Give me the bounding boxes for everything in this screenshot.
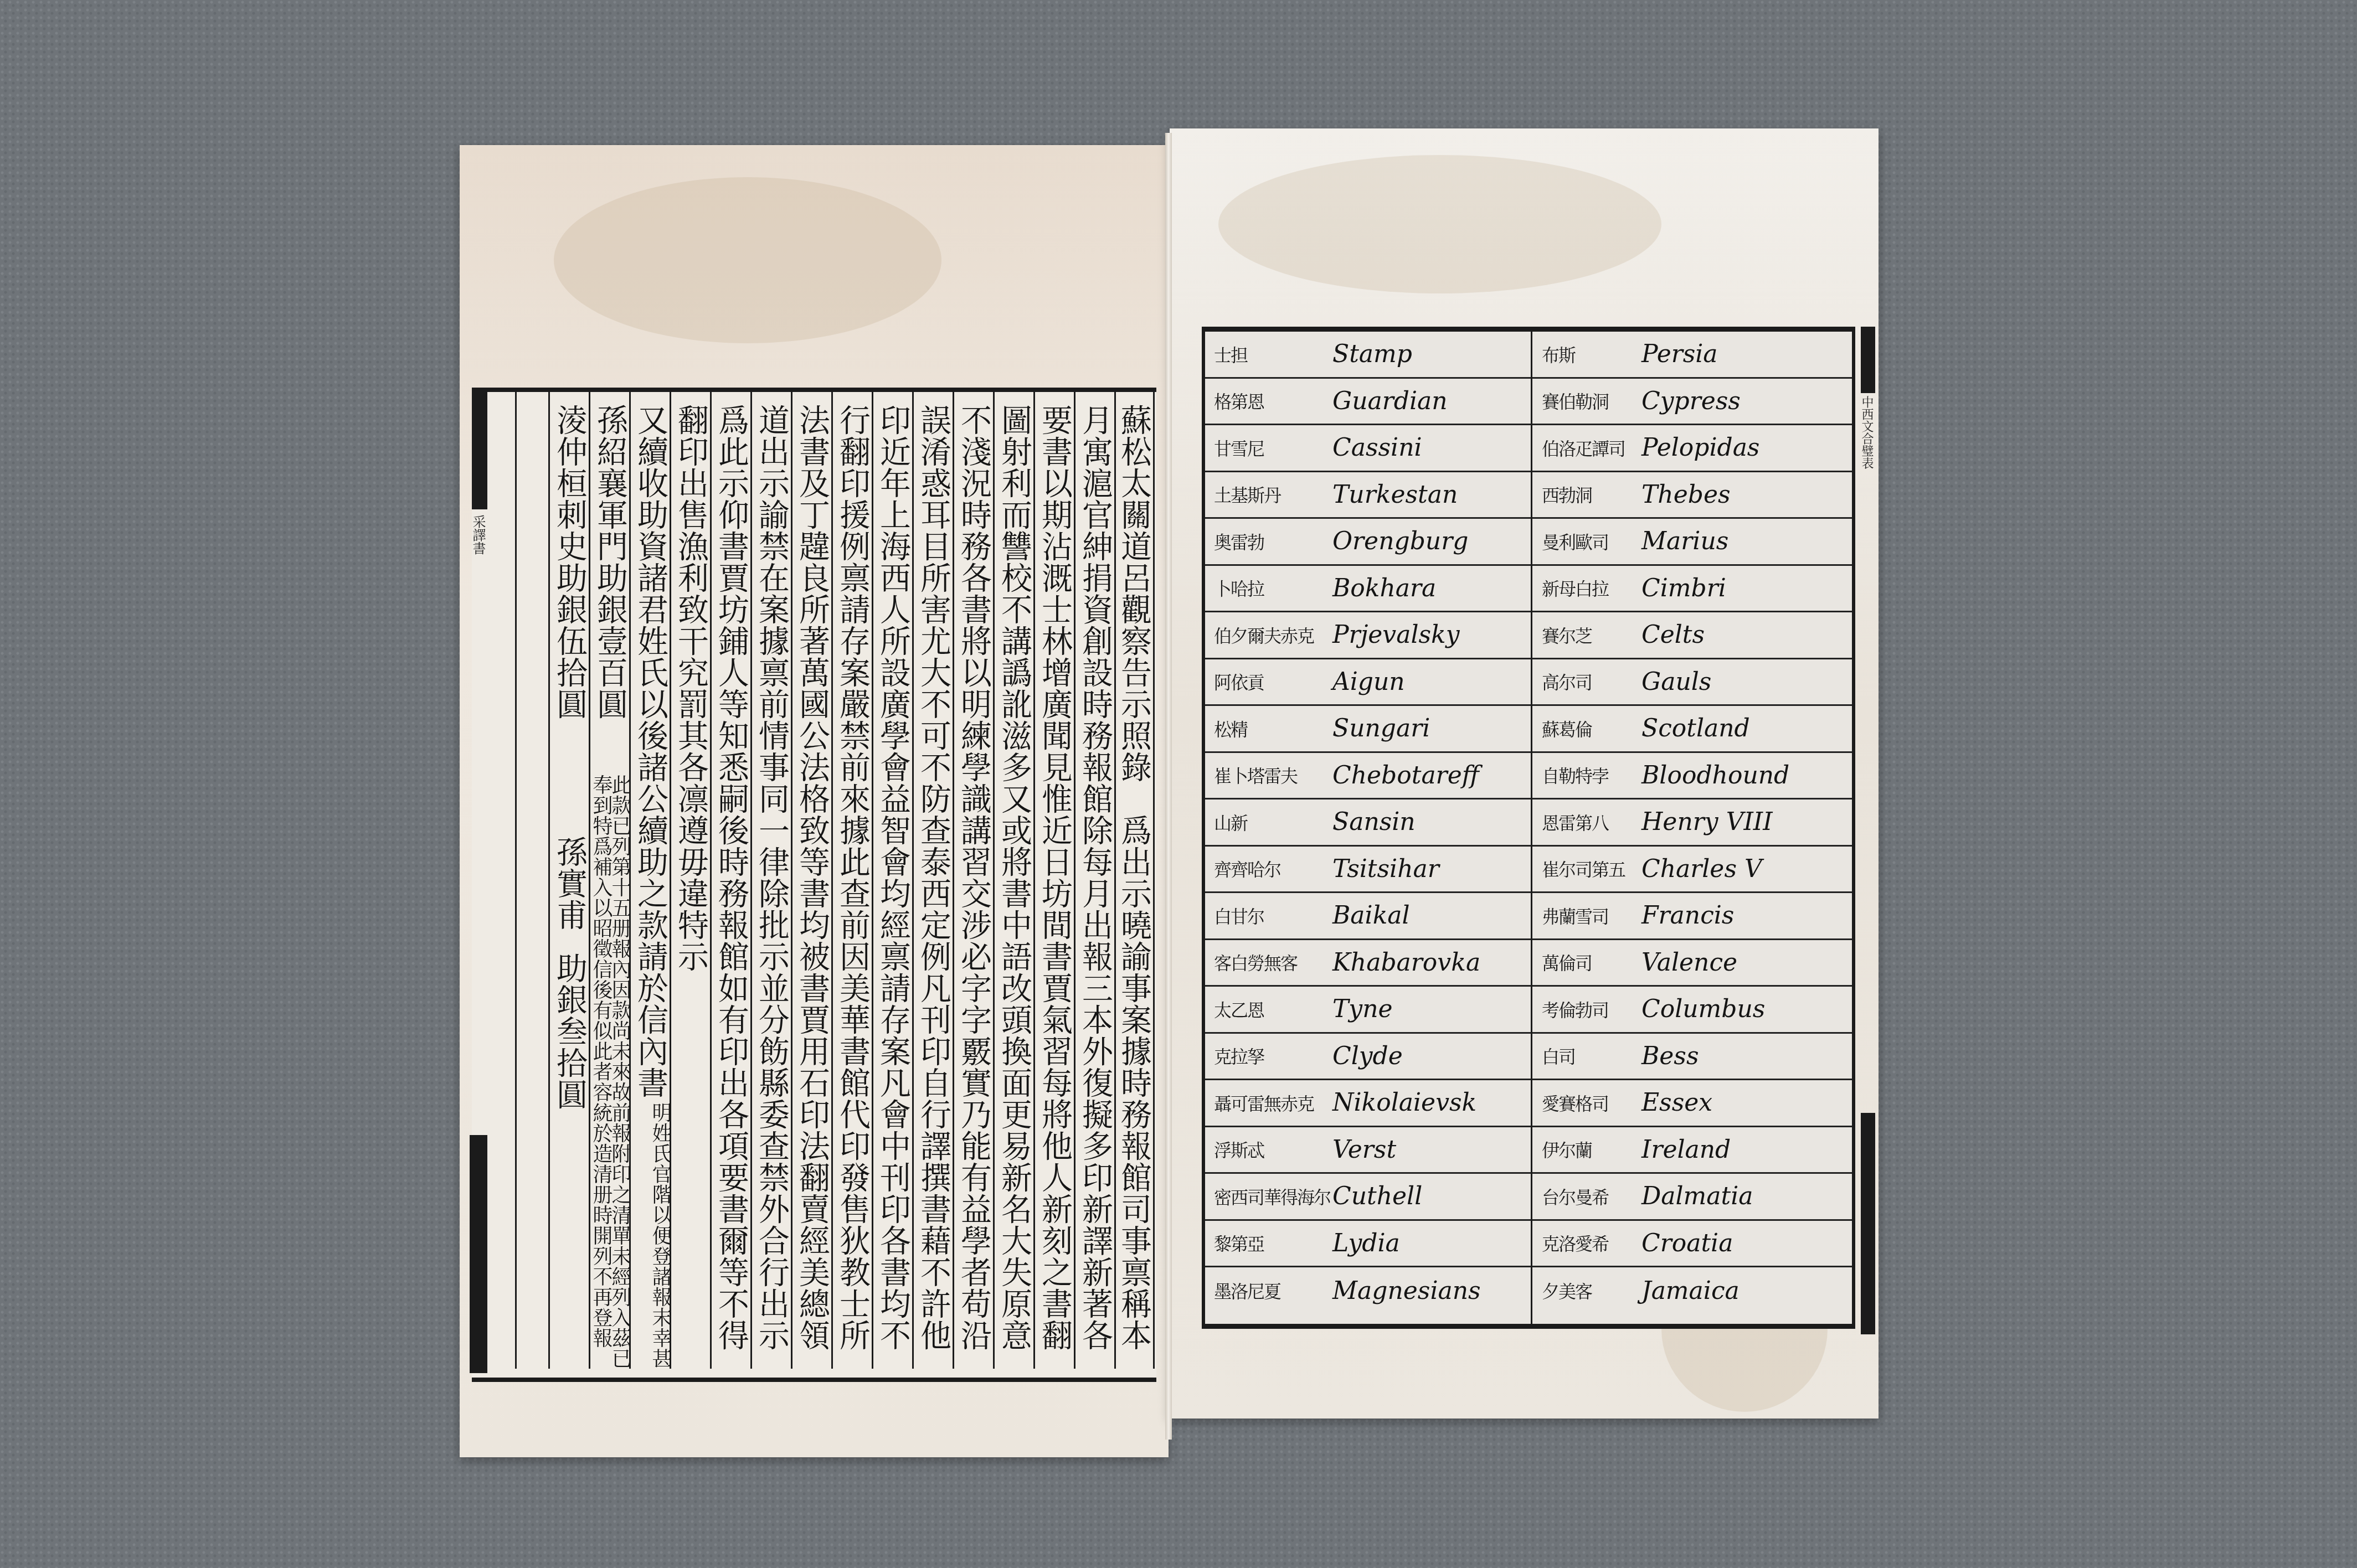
english-term: Stamp — [1332, 332, 1531, 377]
english-term: Sansin — [1332, 800, 1531, 845]
english-term: Jamaica — [1641, 1267, 1852, 1314]
english-term: Turkestan — [1332, 472, 1531, 518]
donation-entry-amount: 助銀叁拾圓 — [550, 947, 589, 1174]
notice-column: 翻印出售漁利致干究罰其各凛遵毋違特示 — [670, 392, 710, 1369]
chinese-term: 士担 — [1205, 332, 1332, 377]
english-term: Prjevalsky — [1332, 612, 1531, 658]
glossary-table: 士担Stamp布斯Persia格第恩Guardian賽伯勒洞Cypress甘雪尼… — [1202, 327, 1855, 1329]
english-term: Bokhara — [1332, 566, 1531, 611]
chinese-term: 奥雷勃 — [1205, 519, 1332, 564]
notice-column: 不淺況時務各書將以明練學識講習交涉必字字覈實乃能有益學者苟沿訛襲 — [953, 392, 993, 1369]
chinese-term: 曼利歐司 — [1531, 519, 1641, 564]
notice-column: 誤淆惑耳目所害尤大不可不防查泰西定例凡刊印自行譯撰書藉不許他人翻 — [912, 392, 953, 1369]
glossary-row: 墨洛尼夏Magnesians夕美客Jamaica — [1205, 1267, 1852, 1314]
chinese-term: 夕美客 — [1531, 1267, 1641, 1314]
chinese-term: 蘇葛倫 — [1531, 706, 1641, 751]
glossary-row: 格第恩Guardian賽伯勒洞Cypress — [1205, 379, 1852, 426]
glossary-row: 太乙恩Tyne考倫勃司Columbus — [1205, 987, 1852, 1034]
english-term: Nikolaievsk — [1332, 1080, 1531, 1126]
english-term: Bloodhound — [1641, 753, 1852, 798]
chinese-term: 黎第亞 — [1205, 1221, 1332, 1266]
chinese-term: 弗蘭雪司 — [1531, 893, 1641, 938]
margin-title: 采譯書 — [474, 515, 488, 555]
donation-entry: 孫紹襄軍門助銀壹百圓 — [590, 392, 629, 775]
english-term: Columbus — [1641, 987, 1852, 1032]
glossary-row: 浮斯忒Verst伊尔蘭Ireland — [1205, 1127, 1852, 1174]
chinese-term: 浮斯忒 — [1205, 1127, 1332, 1173]
english-term: Charles V — [1641, 847, 1852, 892]
notice-column: 印近年上海西人所設廣學會益智會均經禀請存案凡會中刊印各書均不得率 — [872, 392, 912, 1369]
glossary-row: 山新Sansin恩雷第八Henry VIII — [1205, 800, 1852, 847]
english-term: Bess — [1641, 1034, 1852, 1079]
chinese-term: 賽尔芝 — [1531, 612, 1641, 658]
blank-column — [515, 392, 548, 1369]
chinese-term: 松精 — [1205, 706, 1332, 751]
english-term: Tyne — [1332, 987, 1531, 1032]
fishtail-margin-mark — [1861, 1113, 1875, 1334]
donation-entry-name: 孫實甫 — [550, 825, 589, 947]
chinese-term: 高尔司 — [1531, 659, 1641, 705]
english-term: Orengburg — [1332, 519, 1531, 564]
chinese-term: 太乙恩 — [1205, 987, 1332, 1032]
glossary-row: 齊齊哈尔Tsitsihar崔尔司第五Charles V — [1205, 847, 1852, 894]
notice-column: 蘇松太關道呂觀察告示照錄 爲出示曉諭事案據時務報館司事禀稱本年六 — [1114, 392, 1155, 1369]
chinese-term: 愛賽格司 — [1531, 1080, 1641, 1126]
glossary-row: 克拉孥Clyde白司Bess — [1205, 1034, 1852, 1081]
english-term: Cimbri — [1641, 566, 1852, 611]
chinese-term: 土基斯丹 — [1205, 472, 1332, 518]
chinese-term: 甘雪尼 — [1205, 425, 1332, 471]
donation-note: 此款已列第十五册報內因款尚未來故前報附印之清單未經列入茲已 — [610, 775, 629, 1369]
notice-column: 爲此示仰書賈坊鋪人等知悉嗣後時務報館如有印出各項要書爾等不得擅行 — [710, 392, 750, 1369]
english-term: Scotland — [1641, 706, 1852, 751]
donation-note: 奉到特爲補入以昭徵信後有似此者容統於造清册時開列不再登報 — [591, 775, 610, 1369]
english-term: Gauls — [1641, 659, 1852, 705]
english-term: Chebotareff — [1332, 753, 1531, 798]
chinese-term: 萬倫司 — [1531, 940, 1641, 986]
english-term: Khabarovka — [1332, 940, 1531, 986]
donation-column: 淩仲桓刺史助銀伍拾圓 孫實甫 助銀叁拾圓 — [548, 392, 589, 1369]
chinese-term: 白甘尔 — [1205, 893, 1332, 938]
donation-heading: 又續收助資諸君姓氏以後諸公續助之款請於信內書 — [631, 392, 670, 1102]
notice-column: 法書及丁韙良所著萬國公法格致等書均被書賈用石印法翻賣經美總領事函 — [791, 392, 831, 1369]
glossary-row: 奥雷勃Orengburg曼利歐司Marius — [1205, 519, 1852, 566]
english-term: Dalmatia — [1641, 1174, 1852, 1219]
chinese-term: 崔卜塔雷夫 — [1205, 753, 1332, 798]
chinese-term: 格第恩 — [1205, 379, 1332, 424]
notice-column: 圖射利而讐校不講譌訛滋多又或將書中語改頭換面更易新名大失原意誤人 — [993, 392, 1033, 1369]
glossary-row: 卜哈拉Bokhara新母白拉Cimbri — [1205, 566, 1852, 613]
donation-column: 又續收助資諸君姓氏以後諸公續助之款請於信內書 明姓氏官階以便登諸報末幸甚 — [629, 392, 670, 1369]
english-term: Clyde — [1332, 1034, 1531, 1079]
fishtail-margin-mark — [470, 1135, 487, 1373]
english-term: Verst — [1332, 1127, 1531, 1173]
fishtail-margin-mark — [472, 388, 487, 509]
water-stain — [1218, 155, 1661, 293]
glossary-row: 士担Stamp布斯Persia — [1205, 332, 1852, 379]
chinese-term: 聶可雷無赤克 — [1205, 1080, 1332, 1126]
english-term: Croatia — [1641, 1221, 1852, 1266]
english-term: Sungari — [1332, 706, 1531, 751]
chinese-term: 山新 — [1205, 800, 1332, 845]
chinese-term: 賽伯勒洞 — [1531, 379, 1641, 424]
glossary-row: 土基斯丹Turkestan西勃洞Thebes — [1205, 472, 1852, 519]
chinese-term: 自勒特孛 — [1531, 753, 1641, 798]
chinese-term: 伊尔蘭 — [1531, 1127, 1641, 1173]
chinese-term: 布斯 — [1531, 332, 1641, 377]
chinese-term: 客白勞無客 — [1205, 940, 1332, 986]
book-spine — [1165, 133, 1172, 1440]
glossary-row: 聶可雷無赤克Nikolaievsk愛賽格司Essex — [1205, 1080, 1852, 1127]
chinese-term: 克洛愛希 — [1531, 1221, 1641, 1266]
water-stain — [554, 177, 941, 343]
english-term: Persia — [1641, 332, 1852, 377]
chinese-term: 齊齊哈尔 — [1205, 847, 1332, 892]
english-term: Valence — [1641, 940, 1852, 986]
donation-note: 明姓氏官階以便登諸報末幸甚 — [651, 1102, 670, 1369]
glossary-row: 黎第亞Lydia克洛愛希Croatia — [1205, 1221, 1852, 1268]
english-term: Lydia — [1332, 1221, 1531, 1266]
english-term: Magnesians — [1332, 1267, 1531, 1314]
english-term: Guardian — [1332, 379, 1531, 424]
english-term: Cypress — [1641, 379, 1852, 424]
glossary-row: 客白勞無客Khabarovka萬倫司Valence — [1205, 940, 1852, 987]
english-term: Essex — [1641, 1080, 1852, 1126]
donation-column: 孫紹襄軍門助銀壹百圓 此款已列第十五册報內因款尚未來故前報附印之清單未經列入茲已… — [589, 392, 629, 1369]
chinese-term: 卜哈拉 — [1205, 566, 1332, 611]
notice-columns: 蘇松太關道呂觀察告示照錄 爲出示曉諭事案據時務報館司事禀稱本年六 月寓滬官紳捐資… — [490, 392, 1155, 1369]
english-term: Thebes — [1641, 472, 1852, 518]
chinese-term: 台尔曼希 — [1531, 1174, 1641, 1219]
donation-entry: 淩仲桓刺史助銀伍拾圓 — [550, 392, 589, 825]
chinese-term: 崔尔司第五 — [1531, 847, 1641, 892]
english-term: Cassini — [1332, 425, 1531, 471]
fishtail-margin-mark — [1861, 327, 1875, 393]
chinese-term: 考倫勃司 — [1531, 987, 1641, 1032]
margin-title: 中西文合璧表 — [1862, 396, 1875, 469]
english-term: Marius — [1641, 519, 1852, 564]
chinese-term: 墨洛尼夏 — [1205, 1267, 1332, 1314]
glossary-row: 松精Sungari蘇葛倫Scotland — [1205, 706, 1852, 753]
english-term: Aigun — [1332, 659, 1531, 705]
glossary-row: 白甘尔Baikal弗蘭雪司Francis — [1205, 893, 1852, 940]
chinese-term: 白司 — [1531, 1034, 1641, 1079]
chinese-term: 西勃洞 — [1531, 472, 1641, 518]
chinese-term: 阿依貢 — [1205, 659, 1332, 705]
chinese-term: 密西司華得海尔 — [1205, 1174, 1332, 1219]
english-term: Celts — [1641, 612, 1852, 658]
glossary-row: 甘雪尼Cassini伯洛疋譚司Pelopidas — [1205, 425, 1852, 472]
glossary-row: 崔卜塔雷夫Chebotareff自勒特孛Bloodhound — [1205, 753, 1852, 800]
chinese-term: 恩雷第八 — [1531, 800, 1641, 845]
chinese-term: 克拉孥 — [1205, 1034, 1332, 1079]
chinese-term: 新母白拉 — [1531, 566, 1641, 611]
chinese-term: 伯夕爾夫赤克 — [1205, 612, 1332, 658]
notice-column: 行翻印援例禀請存案嚴禁前來據此查前因美華書館代印發售狄教士所著算 — [831, 392, 872, 1369]
glossary-row: 阿依貢Aigun高尔司Gauls — [1205, 659, 1852, 706]
english-term: Pelopidas — [1641, 425, 1852, 471]
glossary-row: 伯夕爾夫赤克Prjevalsky賽尔芝Celts — [1205, 612, 1852, 659]
notice-column: 要書以期沾溉士林增廣聞見惟近日坊間書賈氣習每將他人新刻之書翻印希 — [1033, 392, 1074, 1369]
english-term: Cuthell — [1332, 1174, 1531, 1219]
notice-column: 道出示諭禁在案據禀前情事同一律除批示並分飭縣委查禁外合行出示曉諭 — [750, 392, 791, 1369]
english-term: Francis — [1641, 893, 1852, 938]
english-term: Tsitsihar — [1332, 847, 1531, 892]
english-term: Ireland — [1641, 1127, 1852, 1173]
glossary-row: 密西司華得海尔Cuthell台尔曼希Dalmatia — [1205, 1174, 1852, 1221]
english-term: Baikal — [1332, 893, 1531, 938]
english-term: Henry VIII — [1641, 800, 1852, 845]
notice-column: 月寓滬官紳捐資創設時務報館除每月出報三本外復擬多印新譯新著各時務 — [1074, 392, 1114, 1369]
chinese-term: 伯洛疋譚司 — [1531, 425, 1641, 471]
